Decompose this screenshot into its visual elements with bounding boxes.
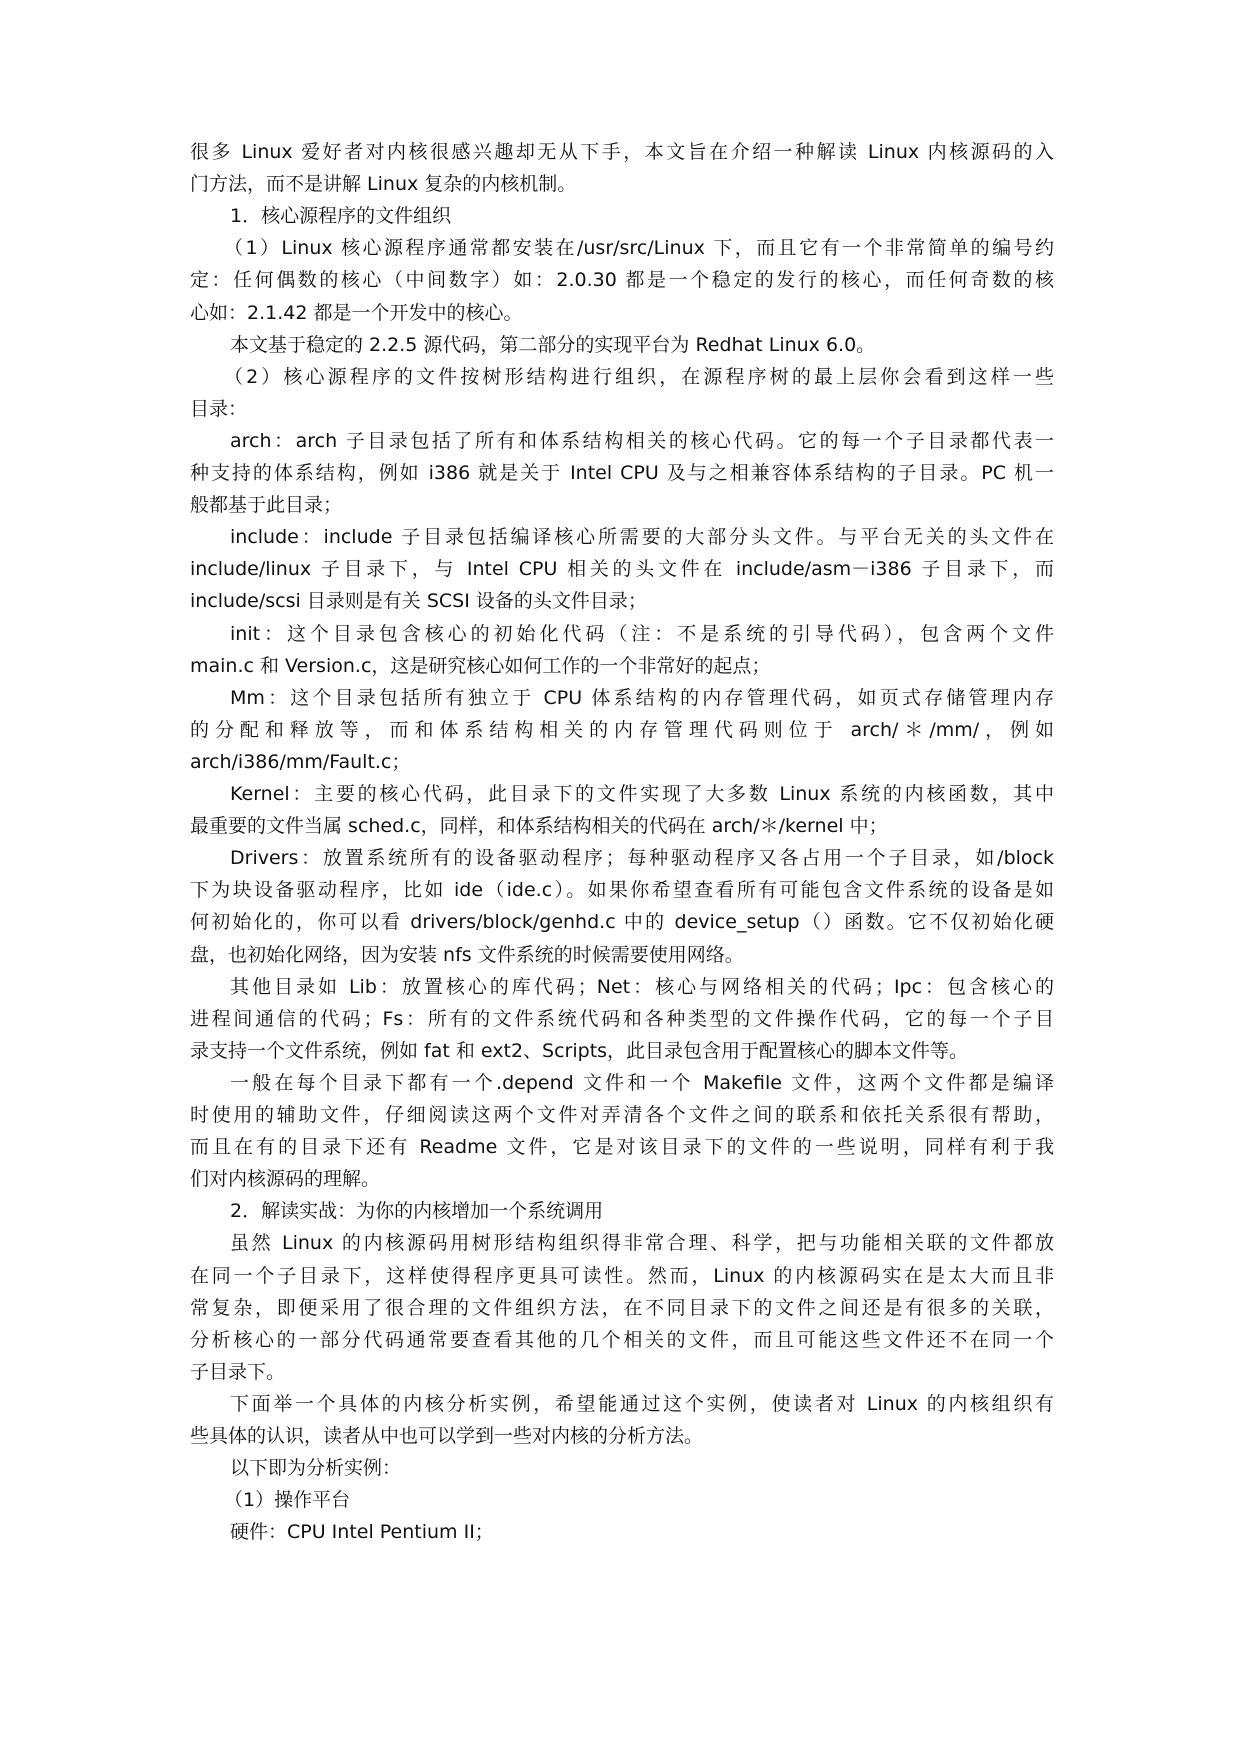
text-line: 分析核心的一部分代码通常要查看其他的几个相关的文件，而且可能这些文件还不在同一个 bbox=[190, 1324, 1054, 1356]
text-line: 最重要的文件当属 sched.c，同样，和体系结构相关的代码在 arch/＊/k… bbox=[190, 810, 1054, 842]
text-line: 本文基于稳定的 2.2.5 源代码，第二部分的实现平台为 Redhat Linu… bbox=[230, 329, 1054, 361]
text-line: 进程间通信的代码；Fs：所有的文件系统代码和各种类型的文件操作代码，它的每一个子… bbox=[190, 1003, 1054, 1035]
text-line: 而且在有的目录下还有 Readme 文件，它是对该目录下的文件的一些说明，同样有… bbox=[190, 1131, 1054, 1163]
text-line: （1）操作平台 bbox=[224, 1484, 1054, 1516]
text-line: 般都基于此目录； bbox=[190, 489, 1054, 521]
text-line: 很多 Linux 爱好者对内核很感兴趣却无从下手，本文旨在介绍一种解读 Linu… bbox=[190, 136, 1054, 168]
text-line: 一般在每个目录下都有一个.depend 文件和一个 Makefile 文件，这两… bbox=[230, 1067, 1054, 1099]
text-line: Kernel：主要的核心代码，此目录下的文件实现了大多数 Linux 系统的内核… bbox=[230, 778, 1054, 810]
text-line: 些具体的认识，读者从中也可以学到一些对内核的分析方法。 bbox=[190, 1420, 1054, 1452]
text-line: （1）Linux 核心源程序通常都安装在/usr/src/Linux 下，而且它… bbox=[224, 232, 1054, 264]
text-line: Drivers：放置系统所有的设备驱动程序；每种驱动程序又各占用一个子目录，如/… bbox=[230, 842, 1054, 874]
text-line: 门方法，而不是讲解 Linux 复杂的内核机制。 bbox=[190, 168, 1054, 200]
text-line: 常复杂，即便采用了很合理的文件组织方法，在不同目录下的文件之间还是有很多的关联， bbox=[190, 1292, 1054, 1324]
text-line: 子目录下。 bbox=[190, 1356, 1054, 1388]
text-line: （2）核心源程序的文件按树形结构进行组织，在源程序树的最上层你会看到这样一些 bbox=[224, 361, 1054, 393]
text-line: Mm：这个目录包括所有独立于 CPU 体系结构的内存管理代码，如页式存储管理内存 bbox=[230, 682, 1054, 714]
text-line: include/linux 子目录下，与 Intel CPU 相关的头文件在 i… bbox=[190, 553, 1054, 585]
text-line: 在同一个子目录下，这样使得程序更具可读性。然而，Linux 的内核源码实在是太大… bbox=[190, 1260, 1054, 1292]
text-line: 1．核心源程序的文件组织 bbox=[230, 200, 1054, 232]
text-line: 硬件：CPU Intel Pentium II； bbox=[230, 1516, 1054, 1548]
text-line: 以下即为分析实例： bbox=[230, 1452, 1054, 1484]
text-line: include：include 子目录包括编译核心所需要的大部分头文件。与平台无… bbox=[230, 521, 1054, 553]
text-line: 何初始化的，你可以看 drivers/block/genhd.c 中的 devi… bbox=[190, 906, 1054, 938]
text-line: arch/i386/mm/Fault.c； bbox=[190, 746, 1054, 778]
text-line: main.c 和 Version.c，这是研究核心如何工作的一个非常好的起点； bbox=[190, 650, 1054, 682]
text-line: 时使用的辅助文件，仔细阅读这两个文件对弄清各个文件之间的联系和依托关系很有帮助， bbox=[190, 1099, 1054, 1131]
text-line: 种支持的体系结构，例如 i386 就是关于 Intel CPU 及与之相兼容体系… bbox=[190, 457, 1054, 489]
text-line: 虽然 Linux 的内核源码用树形结构组织得非常合理、科学，把与功能相关联的文件… bbox=[230, 1227, 1054, 1259]
text-line: 下面举一个具体的内核分析实例，希望能通过这个实例，使读者对 Linux 的内核组… bbox=[230, 1388, 1054, 1420]
document-page: 很多 Linux 爱好者对内核很感兴趣却无从下手，本文旨在介绍一种解读 Linu… bbox=[0, 0, 1241, 1754]
text-line: 盘，也初始化网络，因为安装 nfs 文件系统的时候需要使用网络。 bbox=[190, 939, 1054, 971]
text-line: arch：arch 子目录包括了所有和体系结构相关的核心代码。它的每一个子目录都… bbox=[230, 425, 1054, 457]
text-line: 们对内核源码的理解。 bbox=[190, 1163, 1054, 1195]
text-line: 的分配和释放等，而和体系结构相关的内存管理代码则位于 arch/＊/mm/，例如 bbox=[190, 714, 1054, 746]
text-line: 录支持一个文件系统，例如 fat 和 ext2、Scripts，此目录包含用于配… bbox=[190, 1035, 1054, 1067]
text-line: 其他目录如 Lib：放置核心的库代码；Net：核心与网络相关的代码；Ipc：包含… bbox=[230, 971, 1054, 1003]
text-line: init：这个目录包含核心的初始化代码（注：不是系统的引导代码），包含两个文件 bbox=[230, 618, 1054, 650]
text-line: 定：任何偶数的核心（中间数字）如：2.0.30 都是一个稳定的发行的核心，而任何… bbox=[190, 264, 1054, 296]
text-line: 心如：2.1.42 都是一个开发中的核心。 bbox=[190, 297, 1054, 329]
text-line: 目录： bbox=[190, 393, 1054, 425]
text-line: include/scsi 目录则是有关 SCSI 设备的头文件目录； bbox=[190, 585, 1054, 617]
text-line: 下为块设备驱动程序，比如 ide（ide.c）。如果你希望查看所有可能包含文件系… bbox=[190, 874, 1054, 906]
text-line: 2．解读实战：为你的内核增加一个系统调用 bbox=[230, 1195, 1054, 1227]
